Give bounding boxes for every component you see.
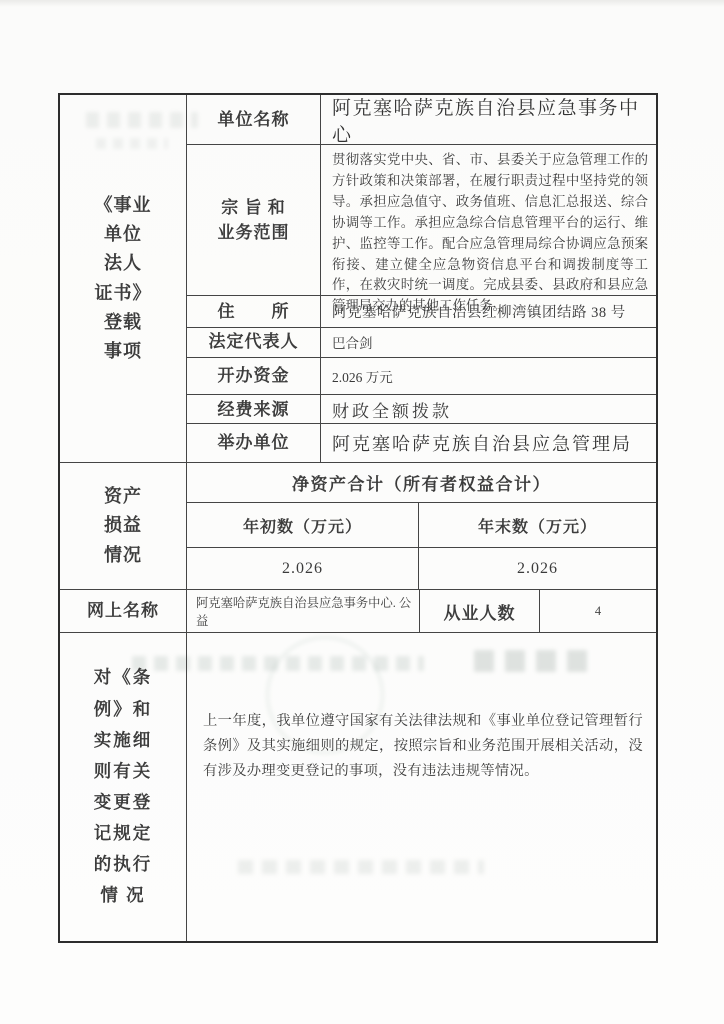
row-unit-name: 单位名称 阿克塞哈萨克族自治县应急事务中心 — [187, 95, 656, 145]
compliance-side-label-cell: 对《条 例》和 实施细 则有关 变更登 记规定 的执行 情 况 — [60, 633, 187, 941]
online-name-value: 阿克塞哈萨克族自治县应急事务中心. 公益 — [187, 590, 420, 632]
funding-source-label: 经费来源 — [187, 395, 321, 423]
staff-count-label: 从业人数 — [420, 590, 540, 632]
year-start-header: 年初数（万元） — [187, 503, 419, 547]
row-address: 住 所 阿克塞哈萨克族自治县红柳湾镇团结路 38 号 — [187, 296, 656, 328]
section-certificate-items: 《事业 单位 法人 证书》 登载 事项 单位名称 阿克塞哈萨克族自治县应急事务中… — [60, 95, 656, 463]
compliance-statement: 上一年度，我单位遵守国家有关法律法规和《事业单位登记管理暂行条例》及其实施细则的… — [203, 709, 643, 784]
row-organizer: 举办单位 阿克塞哈萨克族自治县应急管理局 — [187, 424, 656, 462]
certificate-side-label: 《事业 单位 法人 证书》 登载 事项 — [95, 191, 152, 366]
unit-name-label: 单位名称 — [187, 95, 321, 144]
opening-capital-value: 2.026 万元 — [321, 358, 656, 395]
year-end-value: 2.026 — [419, 548, 656, 589]
funding-source-value: 财政全额拨款 — [321, 395, 656, 423]
online-name-label: 网上名称 — [87, 597, 159, 625]
net-assets-header: 净资产合计（所有者权益合计） — [187, 463, 656, 503]
registration-report-table: 《事业 单位 法人 证书》 登载 事项 单位名称 阿克塞哈萨克族自治县应急事务中… — [58, 93, 658, 943]
online-name-label-cell: 网上名称 — [60, 590, 187, 632]
organizer-value: 阿克塞哈萨克族自治县应急管理局 — [321, 424, 656, 462]
row-purpose-scope: 宗 旨 和 业务范围 贯彻落实党中央、省、市、县委关于应急管理工作的方针政策和决… — [187, 145, 656, 296]
compliance-side-label: 对《条 例》和 实施细 则有关 变更登 记规定 的执行 情 况 — [94, 662, 153, 911]
legal-representative-label: 法定代表人 — [187, 328, 321, 357]
address-label: 住 所 — [187, 296, 321, 327]
purpose-scope-label: 宗 旨 和 业务范围 — [187, 145, 321, 295]
year-start-value: 2.026 — [187, 548, 419, 589]
legal-representative-value: 巴合剑 — [321, 328, 656, 357]
assets-column-headers: 年初数（万元） 年末数（万元） — [187, 503, 656, 548]
organizer-label: 举办单位 — [187, 424, 321, 462]
section-assets: 资产 损益 情况 净资产合计（所有者权益合计） 年初数（万元） 年末数（万元） … — [60, 463, 656, 590]
section-online-name: 网上名称 阿克塞哈萨克族自治县应急事务中心. 公益 从业人数 4 — [60, 590, 656, 633]
certificate-side-label-cell: 《事业 单位 法人 证书》 登载 事项 — [60, 95, 187, 462]
assets-side-label: 资产 损益 情况 — [104, 482, 142, 569]
row-legal-representative: 法定代表人 巴合剑 — [187, 328, 656, 358]
scanned-page: 《事业 单位 法人 证书》 登载 事项 单位名称 阿克塞哈萨克族自治县应急事务中… — [0, 0, 724, 1024]
unit-name-value: 阿克塞哈萨克族自治县应急事务中心 — [321, 95, 656, 144]
staff-count-value: 4 — [540, 590, 656, 632]
purpose-scope-value: 贯彻落实党中央、省、市、县委关于应急管理工作的方针政策和决策部署，在履行职责过程… — [321, 145, 656, 295]
address-value: 阿克塞哈萨克族自治县红柳湾镇团结路 38 号 — [321, 296, 656, 327]
year-end-header: 年末数（万元） — [419, 503, 656, 547]
assets-grid: 净资产合计（所有者权益合计） 年初数（万元） 年末数（万元） 2.026 2.0… — [187, 463, 656, 589]
compliance-body: 上一年度，我单位遵守国家有关法律法规和《事业单位登记管理暂行条例》及其实施细则的… — [187, 633, 656, 941]
opening-capital-label: 开办资金 — [187, 358, 321, 395]
row-funding-source: 经费来源 财政全额拨款 — [187, 395, 656, 424]
assets-values: 2.026 2.026 — [187, 548, 656, 589]
section-compliance: 对《条 例》和 实施细 则有关 变更登 记规定 的执行 情 况 上一年度，我单位… — [60, 633, 656, 941]
certificate-rows: 单位名称 阿克塞哈萨克族自治县应急事务中心 宗 旨 和 业务范围 贯彻落实党中央… — [187, 95, 656, 462]
assets-side-label-cell: 资产 损益 情况 — [60, 463, 187, 589]
row-opening-capital: 开办资金 2.026 万元 — [187, 358, 656, 396]
